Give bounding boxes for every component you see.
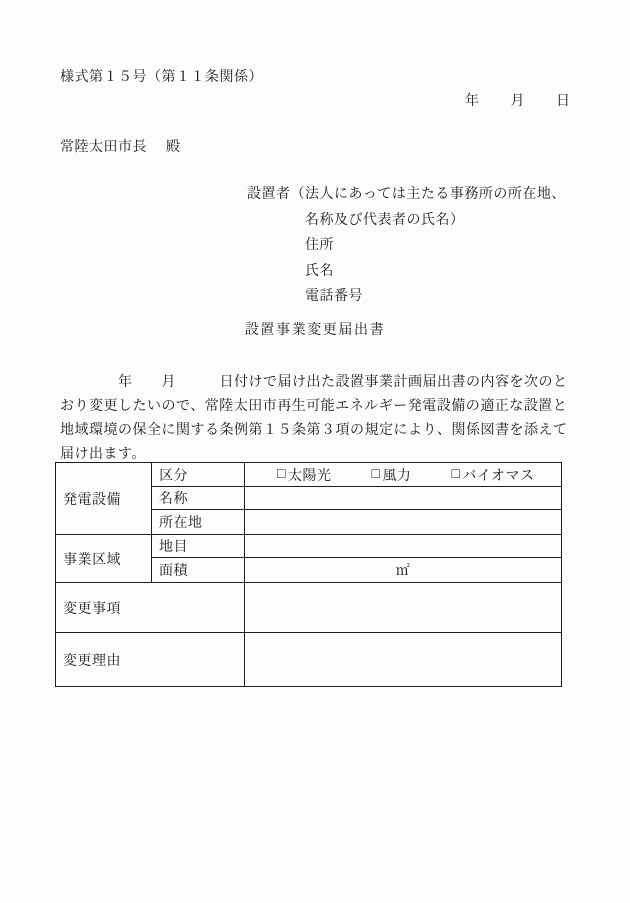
row-group-power-facility: 発電設備 [56, 463, 152, 535]
date-day-label: 日 [556, 90, 571, 110]
checkbox-wind-label: 風力 [382, 465, 411, 485]
checkbox-option-solar[interactable]: □ 太陽光 [277, 465, 331, 485]
checkbox-solar-label: 太陽光 [288, 465, 332, 485]
paragraph-line: 年 月 日付けで届け出た設置事業計画届出書の内容を次のと [60, 371, 575, 395]
body-paragraph: 年 月 日付けで届け出た設置事業計画届出書の内容を次のと おり変更したいので、常… [60, 371, 575, 467]
checkbox-biomass-icon: □ [451, 467, 460, 483]
paragraph-line: おり変更したいので、常陸太田市再生可能エネルギー発電設備の適正な設置と [60, 395, 575, 419]
checkbox-option-biomass[interactable]: □ バイオマス [451, 465, 534, 485]
installer-heading-line1: 設置者（法人にあっては主たる事務所の所在地、 [247, 182, 566, 208]
row-label-change-reason: 変更理由 [56, 633, 245, 687]
name-value-cell [245, 487, 562, 510]
addressee-name: 常陸太田市長 [60, 136, 147, 156]
installer-address-label: 住所 [305, 233, 566, 259]
date-year-label: 年 [465, 90, 480, 110]
date-month-label: 月 [511, 90, 526, 110]
checkbox-option-wind[interactable]: □ 風力 [371, 465, 411, 485]
category-options: □ 太陽光 □ 風力 □ バイオマス [245, 465, 561, 485]
installer-name-label: 氏名 [305, 259, 566, 285]
installer-phone-label: 電話番号 [305, 284, 566, 310]
location-value-cell [245, 510, 562, 535]
form-number: 様式第１５号（第１１条関係） [60, 66, 263, 86]
change-items-value-cell [245, 583, 562, 633]
row-label-area: 面積 [152, 558, 245, 583]
category-value-cell: □ 太陽光 □ 風力 □ バイオマス [245, 463, 562, 487]
land-category-value-cell [245, 535, 562, 558]
document-title: 設置事業変更届出書 [0, 319, 630, 339]
row-label-change-items: 変更事項 [56, 583, 245, 633]
addressee-honorific: 殿 [166, 136, 181, 156]
date-line: 年 月 日 [465, 90, 571, 110]
row-label-land-category: 地目 [152, 535, 245, 558]
area-value-cell: ㎡ [245, 558, 562, 583]
installer-heading-line2: 名称及び代表者の氏名） [305, 208, 566, 234]
row-group-business-area: 事業区域 [56, 535, 152, 583]
form-table: 発電設備 区分 □ 太陽光 □ 風力 □ バイ [55, 462, 562, 687]
row-label-name: 名称 [152, 487, 245, 510]
checkbox-wind-icon: □ [371, 467, 380, 483]
change-reason-value-cell [245, 633, 562, 687]
addressee-line: 常陸太田市長 殿 [60, 136, 181, 156]
document-page: 様式第１５号（第１１条関係） 年 月 日 常陸太田市長 殿 設置者（法人にあって… [0, 0, 630, 903]
checkbox-solar-icon: □ [277, 467, 286, 483]
row-label-category: 区分 [152, 463, 245, 487]
checkbox-biomass-label: バイオマス [462, 465, 534, 485]
installer-block: 設置者（法人にあっては主たる事務所の所在地、 名称及び代表者の氏名） 住所 氏名… [247, 182, 566, 310]
paragraph-line: 地域環境の保全に関する条例第１５条第３項の規定により、関係図書を添えて [60, 419, 575, 443]
row-label-location: 所在地 [152, 510, 245, 535]
